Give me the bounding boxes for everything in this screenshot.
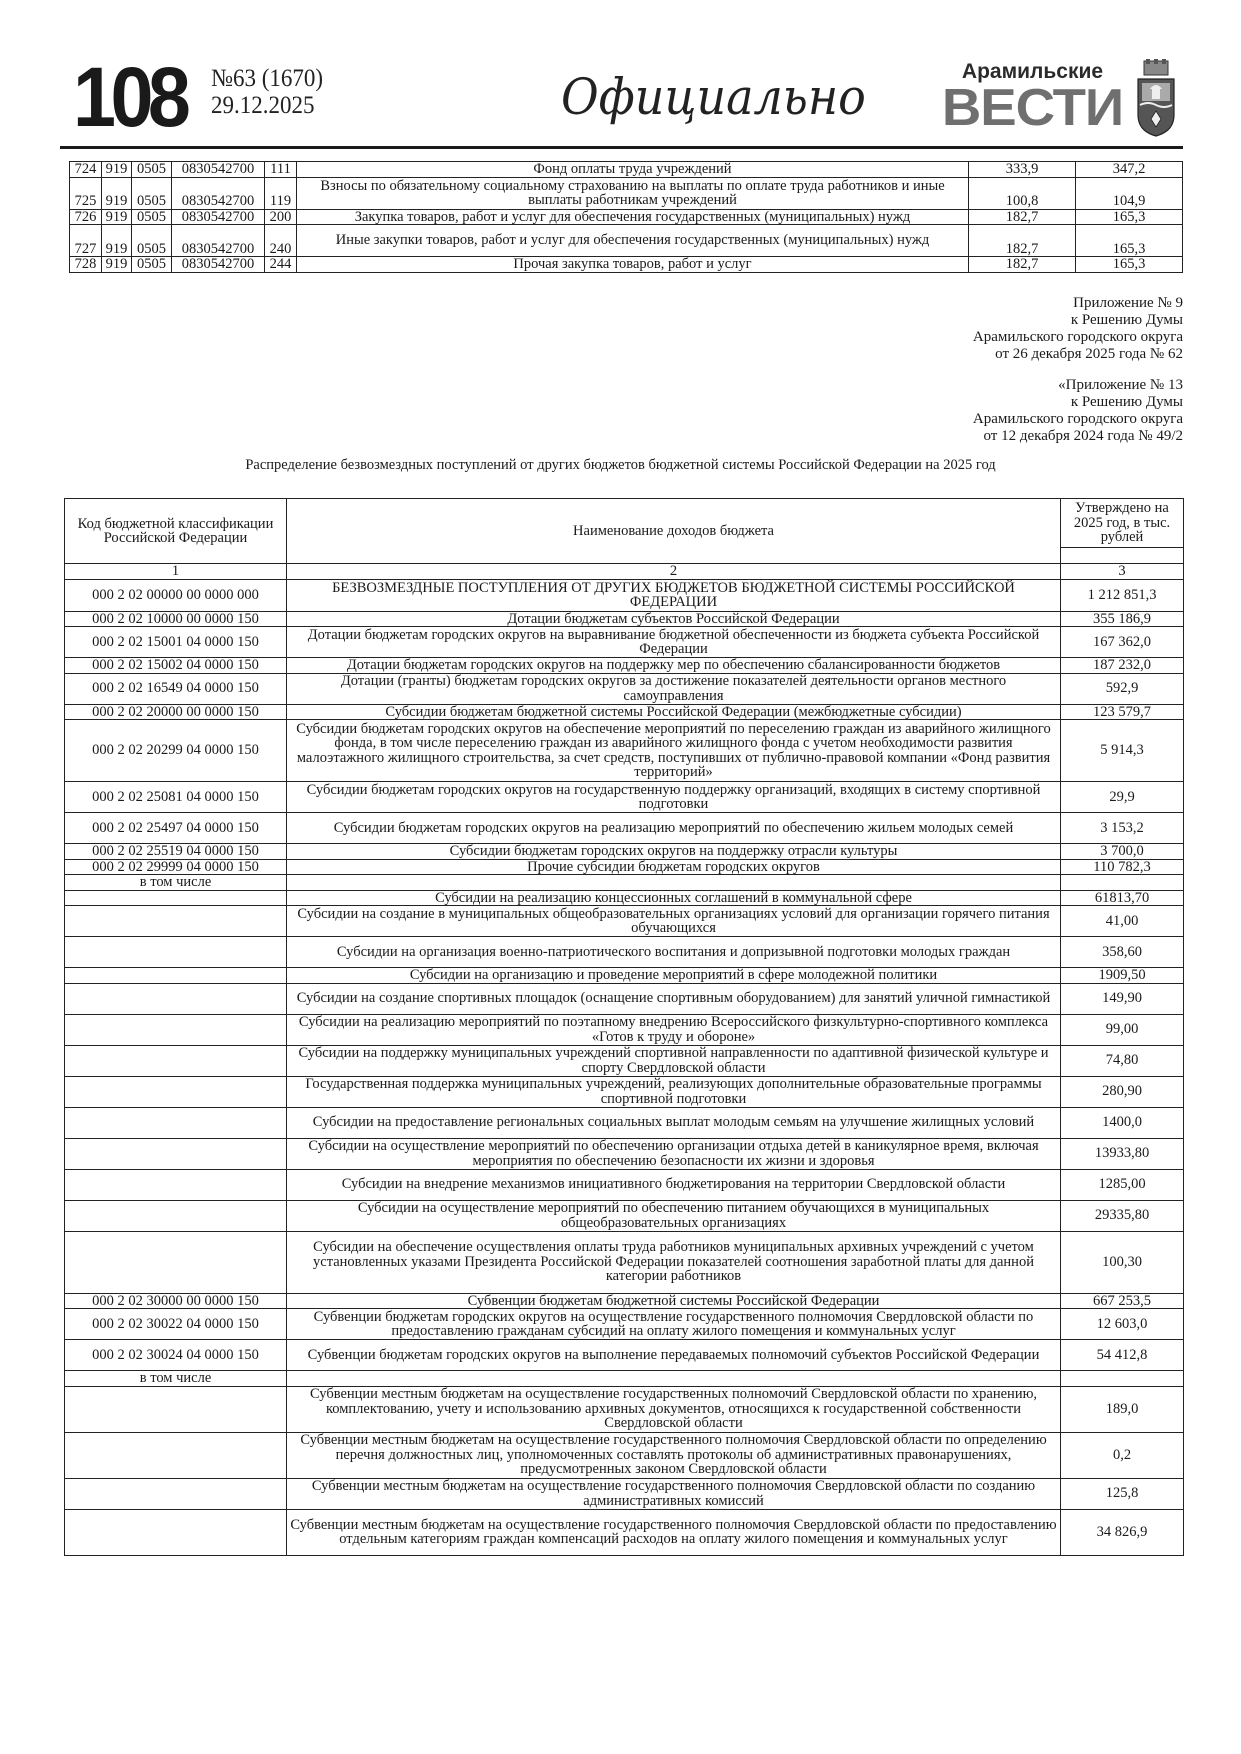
- revenue-name: [287, 1371, 1061, 1387]
- table-row: в том числе: [65, 875, 1184, 891]
- appendix-line: Арамильского городского округа: [973, 411, 1183, 428]
- table-row: 000 2 02 16549 04 0000 150Дотации (грант…: [65, 673, 1184, 704]
- approved-amount: [1061, 1371, 1184, 1387]
- budget-code: 000 2 02 25081 04 0000 150: [65, 782, 287, 813]
- approved-amount: 110 782,3: [1061, 859, 1184, 875]
- budget-code: 000 2 02 10000 00 0000 150: [65, 611, 287, 627]
- column-number: 2: [287, 564, 1061, 580]
- approved-amount: 100,30: [1061, 1231, 1184, 1293]
- budget-code: 000 2 02 15001 04 0000 150: [65, 627, 287, 658]
- table-row: Субвенции местным бюджетам на осуществле…: [65, 1478, 1184, 1509]
- newspaper-logo: Арамильские ВЕСТИ: [945, 61, 1120, 133]
- column-number: 3: [1061, 564, 1184, 580]
- target-code: 0830542700: [172, 225, 265, 257]
- section-code: 0505: [132, 225, 172, 257]
- approved-amount: 125,8: [1061, 1478, 1184, 1509]
- table-row: 000 2 02 25081 04 0000 150Субсидии бюдже…: [65, 782, 1184, 813]
- table-title: Распределение безвозмездных поступлений …: [0, 457, 1241, 474]
- approved-amount: 123 579,7: [1061, 704, 1184, 720]
- revenue-name: Субвенции местным бюджетам на осуществле…: [287, 1432, 1061, 1478]
- table-row: Субсидии на предоставление региональных …: [65, 1107, 1184, 1138]
- section-code: 0505: [132, 209, 172, 225]
- approved-amount: 1909,50: [1061, 968, 1184, 984]
- admin-code: 919: [102, 225, 132, 257]
- expense-type: 200: [265, 209, 297, 225]
- revenue-name: Субвенции местным бюджетам на осуществле…: [287, 1386, 1061, 1432]
- approved-amount: [1061, 875, 1184, 891]
- appendix-note-current: Приложение № 9 к Решению Думы Арамильско…: [973, 295, 1183, 363]
- table-row: 72891905050830542700244Прочая закупка то…: [70, 257, 1183, 273]
- expense-type: 244: [265, 257, 297, 273]
- table-row: Субсидии на внедрение механизмов инициат…: [65, 1169, 1184, 1200]
- row-name: Взносы по обязательному социальному стра…: [297, 177, 969, 209]
- approved-amount: 54 412,8: [1061, 1340, 1184, 1371]
- city-crest-icon: [1135, 59, 1177, 137]
- value-2027: 347,2: [1076, 162, 1183, 178]
- budget-code: [65, 890, 287, 906]
- budget-code: [65, 1386, 287, 1432]
- table-row: 000 2 02 25519 04 0000 150Субсидии бюдже…: [65, 844, 1184, 860]
- table-row: 000 2 02 15002 04 0000 150Дотации бюджет…: [65, 658, 1184, 674]
- table-row: 000 2 02 30000 00 0000 150Субвенции бюдж…: [65, 1293, 1184, 1309]
- value-2027: 165,3: [1076, 257, 1183, 273]
- table-row: 000 2 02 29999 04 0000 150Прочие субсиди…: [65, 859, 1184, 875]
- budget-code: 000 2 02 25519 04 0000 150: [65, 844, 287, 860]
- revenue-name: Государственная поддержка муниципальных …: [287, 1076, 1061, 1107]
- approved-amount: 3 700,0: [1061, 844, 1184, 860]
- budget-code: 000 2 02 15002 04 0000 150: [65, 658, 287, 674]
- revenue-name: Субсидии на организацию и проведение мер…: [287, 968, 1061, 984]
- revenue-name: Субсидии бюджетам бюджетной системы Росс…: [287, 704, 1061, 720]
- approved-amount: 34 826,9: [1061, 1509, 1184, 1555]
- table-row: в том числе: [65, 1371, 1184, 1387]
- row-name: Иные закупки товаров, работ и услуг для …: [297, 225, 969, 257]
- revenue-name: Субвенции бюджетам городских округов на …: [287, 1340, 1061, 1371]
- budget-code: 000 2 02 16549 04 0000 150: [65, 673, 287, 704]
- budget-code: [65, 1509, 287, 1555]
- budget-code: [65, 1107, 287, 1138]
- table-row: 72591905050830542700119Взносы по обязате…: [70, 177, 1183, 209]
- value-2027: 165,3: [1076, 225, 1183, 257]
- table-row: Субсидии на создание в муниципальных общ…: [65, 906, 1184, 937]
- revenue-name: Субвенции местным бюджетам на осуществле…: [287, 1478, 1061, 1509]
- value-2026: 182,7: [969, 225, 1076, 257]
- budget-code: [65, 906, 287, 937]
- revenue-name: Субвенции бюджетам бюджетной системы Рос…: [287, 1293, 1061, 1309]
- target-code: 0830542700: [172, 177, 265, 209]
- appendix-note-previous: «Приложение № 13 к Решению Думы Арамильс…: [973, 377, 1183, 445]
- header-divider: [60, 146, 1183, 149]
- budget-code: в том числе: [65, 1371, 287, 1387]
- revenue-name: Субсидии на поддержку муниципальных учре…: [287, 1045, 1061, 1076]
- budget-code: [65, 1045, 287, 1076]
- table-row: Субсидии на создание спортивных площадок…: [65, 983, 1184, 1014]
- appendix-line: от 12 декабря 2024 года № 49/2: [973, 428, 1183, 445]
- continuation-table: 72491905050830542700111Фонд оплаты труда…: [69, 161, 1183, 273]
- approved-amount: 5 914,3: [1061, 720, 1184, 782]
- section-title: Официально: [561, 67, 866, 127]
- approved-amount: 74,80: [1061, 1045, 1184, 1076]
- value-2027: 104,9: [1076, 177, 1183, 209]
- admin-code: 919: [102, 177, 132, 209]
- admin-code: 919: [102, 162, 132, 178]
- table-row: Субсидии на осуществление мероприятий по…: [65, 1138, 1184, 1169]
- issue-number: №63 (1670): [211, 65, 323, 92]
- revenue-name: Субсидии на организация военно-патриотич…: [287, 937, 1061, 968]
- header-value-blank: [1061, 548, 1184, 564]
- revenue-name: Субсидии бюджетам городских округов на о…: [287, 720, 1061, 782]
- budget-code: 000 2 02 00000 00 0000 000: [65, 579, 287, 611]
- approved-amount: 1400,0: [1061, 1107, 1184, 1138]
- table-row: Субсидии на реализацию концессионных сог…: [65, 890, 1184, 906]
- budget-code: [65, 1231, 287, 1293]
- revenue-name: Субсидии на осуществление мероприятий по…: [287, 1200, 1061, 1231]
- table-row: Субсидии на поддержку муниципальных учре…: [65, 1045, 1184, 1076]
- appendix-line: к Решению Думы: [973, 312, 1183, 329]
- table-row: 000 2 02 10000 00 0000 150Дотации бюджет…: [65, 611, 1184, 627]
- revenue-name: Прочие субсидии бюджетам городских округ…: [287, 859, 1061, 875]
- row-name: Прочая закупка товаров, работ и услуг: [297, 257, 969, 273]
- approved-amount: 3 153,2: [1061, 813, 1184, 844]
- approved-amount: 13933,80: [1061, 1138, 1184, 1169]
- revenue-name: Дотации (гранты) бюджетам городских окру…: [287, 673, 1061, 704]
- value-2026: 182,7: [969, 257, 1076, 273]
- budget-code: 000 2 02 20000 00 0000 150: [65, 704, 287, 720]
- revenue-name: Субсидии на осуществление мероприятий по…: [287, 1138, 1061, 1169]
- budget-code: 000 2 02 30022 04 0000 150: [65, 1309, 287, 1340]
- row-number: 728: [70, 257, 102, 273]
- approved-amount: 355 186,9: [1061, 611, 1184, 627]
- value-2026: 182,7: [969, 209, 1076, 225]
- section-code: 0505: [132, 162, 172, 178]
- target-code: 0830542700: [172, 257, 265, 273]
- revenue-name: Дотации бюджетам субъектов Российской Фе…: [287, 611, 1061, 627]
- approved-amount: 167 362,0: [1061, 627, 1184, 658]
- approved-amount: 0,2: [1061, 1432, 1184, 1478]
- approved-amount: 29,9: [1061, 782, 1184, 813]
- table-row: 000 2 02 30022 04 0000 150Субвенции бюдж…: [65, 1309, 1184, 1340]
- table-row: 72791905050830542700240Иные закупки това…: [70, 225, 1183, 257]
- column-number: 1: [65, 564, 287, 580]
- admin-code: 919: [102, 257, 132, 273]
- approved-amount: 189,0: [1061, 1386, 1184, 1432]
- row-number: 726: [70, 209, 102, 225]
- revenue-name: Субсидии на обеспечение осуществления оп…: [287, 1231, 1061, 1293]
- section-code: 0505: [132, 177, 172, 209]
- budget-code: 000 2 02 30000 00 0000 150: [65, 1293, 287, 1309]
- budget-code: [65, 983, 287, 1014]
- budget-code: [65, 968, 287, 984]
- admin-code: 919: [102, 209, 132, 225]
- revenue-name: Субсидии на реализацию мероприятий по по…: [287, 1014, 1061, 1045]
- table-row: Субвенции местным бюджетам на осуществле…: [65, 1432, 1184, 1478]
- approved-amount: 1 212 851,3: [1061, 579, 1184, 611]
- approved-amount: 99,00: [1061, 1014, 1184, 1045]
- table-row: 000 2 02 20299 04 0000 150Субсидии бюдже…: [65, 720, 1184, 782]
- expense-type: 119: [265, 177, 297, 209]
- issue-date: 29.12.2025: [211, 92, 323, 119]
- appendix-line: «Приложение № 13: [973, 377, 1183, 394]
- target-code: 0830542700: [172, 209, 265, 225]
- logo-main-text: ВЕСТИ: [941, 83, 1125, 133]
- table-row: Государственная поддержка муниципальных …: [65, 1076, 1184, 1107]
- value-2027: 165,3: [1076, 209, 1183, 225]
- budget-code: 000 2 02 30024 04 0000 150: [65, 1340, 287, 1371]
- budget-code: [65, 1076, 287, 1107]
- row-number: 727: [70, 225, 102, 257]
- table-row: 72491905050830542700111Фонд оплаты труда…: [70, 162, 1183, 178]
- approved-amount: 1285,00: [1061, 1169, 1184, 1200]
- revenue-name: Субвенции местным бюджетам на осуществле…: [287, 1509, 1061, 1555]
- budget-code: [65, 1138, 287, 1169]
- header-name: Наименование доходов бюджета: [287, 499, 1061, 564]
- budget-code: [65, 1432, 287, 1478]
- column-number-row: 1 2 3: [65, 564, 1184, 580]
- revenue-name: БЕЗВОЗМЕЗДНЫЕ ПОСТУПЛЕНИЯ ОТ ДРУГИХ БЮДЖ…: [287, 579, 1061, 611]
- table-row: Субсидии на обеспечение осуществления оп…: [65, 1231, 1184, 1293]
- table-row: 000 2 02 30024 04 0000 150Субвенции бюдж…: [65, 1340, 1184, 1371]
- row-number: 725: [70, 177, 102, 209]
- page-header: 108 №63 (1670) 29.12.2025 Официально Ара…: [65, 55, 1180, 150]
- revenue-name: Субсидии на реализацию концессионных сог…: [287, 890, 1061, 906]
- budget-code: 000 2 02 20299 04 0000 150: [65, 720, 287, 782]
- budget-code: [65, 1478, 287, 1509]
- appendix-line: Приложение № 9: [973, 295, 1183, 312]
- table-row: Субвенции местным бюджетам на осуществле…: [65, 1509, 1184, 1555]
- appendix-line: к Решению Думы: [973, 394, 1183, 411]
- budget-code: [65, 1200, 287, 1231]
- table-row: 000 2 02 20000 00 0000 150Субсидии бюдже…: [65, 704, 1184, 720]
- revenue-name: Субсидии на создание в муниципальных общ…: [287, 906, 1061, 937]
- budget-code: [65, 1169, 287, 1200]
- table-row: 000 2 02 25497 04 0000 150Субсидии бюдже…: [65, 813, 1184, 844]
- approved-amount: 358,60: [1061, 937, 1184, 968]
- approved-amount: 61813,70: [1061, 890, 1184, 906]
- issue-info: №63 (1670) 29.12.2025: [211, 65, 323, 119]
- table-row: 72691905050830542700200Закупка товаров, …: [70, 209, 1183, 225]
- revenue-name: Субсидии на создание спортивных площадок…: [287, 983, 1061, 1014]
- approved-amount: 41,00: [1061, 906, 1184, 937]
- section-code: 0505: [132, 257, 172, 273]
- table-row: Субсидии на организацию и проведение мер…: [65, 968, 1184, 984]
- table-row: Субсидии на осуществление мероприятий по…: [65, 1200, 1184, 1231]
- table-row: 000 2 02 00000 00 0000 000БЕЗВОЗМЕЗДНЫЕ …: [65, 579, 1184, 611]
- expense-type: 240: [265, 225, 297, 257]
- header-value: Утверждено на 2025 год, в тыс. рублей: [1061, 499, 1184, 548]
- value-2026: 333,9: [969, 162, 1076, 178]
- revenue-name: Субсидии на предоставление региональных …: [287, 1107, 1061, 1138]
- revenue-name: Субсидии на внедрение механизмов инициат…: [287, 1169, 1061, 1200]
- approved-amount: 187 232,0: [1061, 658, 1184, 674]
- revenue-name: Субсидии бюджетам городских округов на п…: [287, 844, 1061, 860]
- table-header-row: Код бюджетной классификации Российской Ф…: [65, 499, 1184, 548]
- approved-amount: 592,9: [1061, 673, 1184, 704]
- appendix-line: от 26 декабря 2025 года № 62: [973, 346, 1183, 363]
- expense-type: 111: [265, 162, 297, 178]
- revenue-name: [287, 875, 1061, 891]
- target-code: 0830542700: [172, 162, 265, 178]
- approved-amount: 12 603,0: [1061, 1309, 1184, 1340]
- table-row: 000 2 02 15001 04 0000 150Дотации бюджет…: [65, 627, 1184, 658]
- revenue-name: Дотации бюджетам городских округов на по…: [287, 658, 1061, 674]
- budget-code: [65, 937, 287, 968]
- approved-amount: 29335,80: [1061, 1200, 1184, 1231]
- approved-amount: 667 253,5: [1061, 1293, 1184, 1309]
- header-code: Код бюджетной классификации Российской Ф…: [65, 499, 287, 564]
- approved-amount: 149,90: [1061, 983, 1184, 1014]
- budget-code: [65, 1014, 287, 1045]
- revenue-name: Субвенции бюджетам городских округов на …: [287, 1309, 1061, 1340]
- value-2026: 100,8: [969, 177, 1076, 209]
- revenue-name: Субсидии бюджетам городских округов на р…: [287, 813, 1061, 844]
- table-row: Субсидии на организация военно-патриотич…: [65, 937, 1184, 968]
- row-name: Фонд оплаты труда учреждений: [297, 162, 969, 178]
- appendix-line: Арамильского городского округа: [973, 329, 1183, 346]
- table-row: Субвенции местным бюджетам на осуществле…: [65, 1386, 1184, 1432]
- row-number: 724: [70, 162, 102, 178]
- budget-code: в том числе: [65, 875, 287, 891]
- row-name: Закупка товаров, работ и услуг для обесп…: [297, 209, 969, 225]
- budget-code: 000 2 02 25497 04 0000 150: [65, 813, 287, 844]
- approved-amount: 280,90: [1061, 1076, 1184, 1107]
- revenue-name: Дотации бюджетам городских округов на вы…: [287, 627, 1061, 658]
- page-number: 108: [73, 55, 185, 139]
- revenue-distribution-table: Код бюджетной классификации Российской Ф…: [64, 498, 1184, 1556]
- budget-code: 000 2 02 29999 04 0000 150: [65, 859, 287, 875]
- revenue-name: Субсидии бюджетам городских округов на г…: [287, 782, 1061, 813]
- table-row: Субсидии на реализацию мероприятий по по…: [65, 1014, 1184, 1045]
